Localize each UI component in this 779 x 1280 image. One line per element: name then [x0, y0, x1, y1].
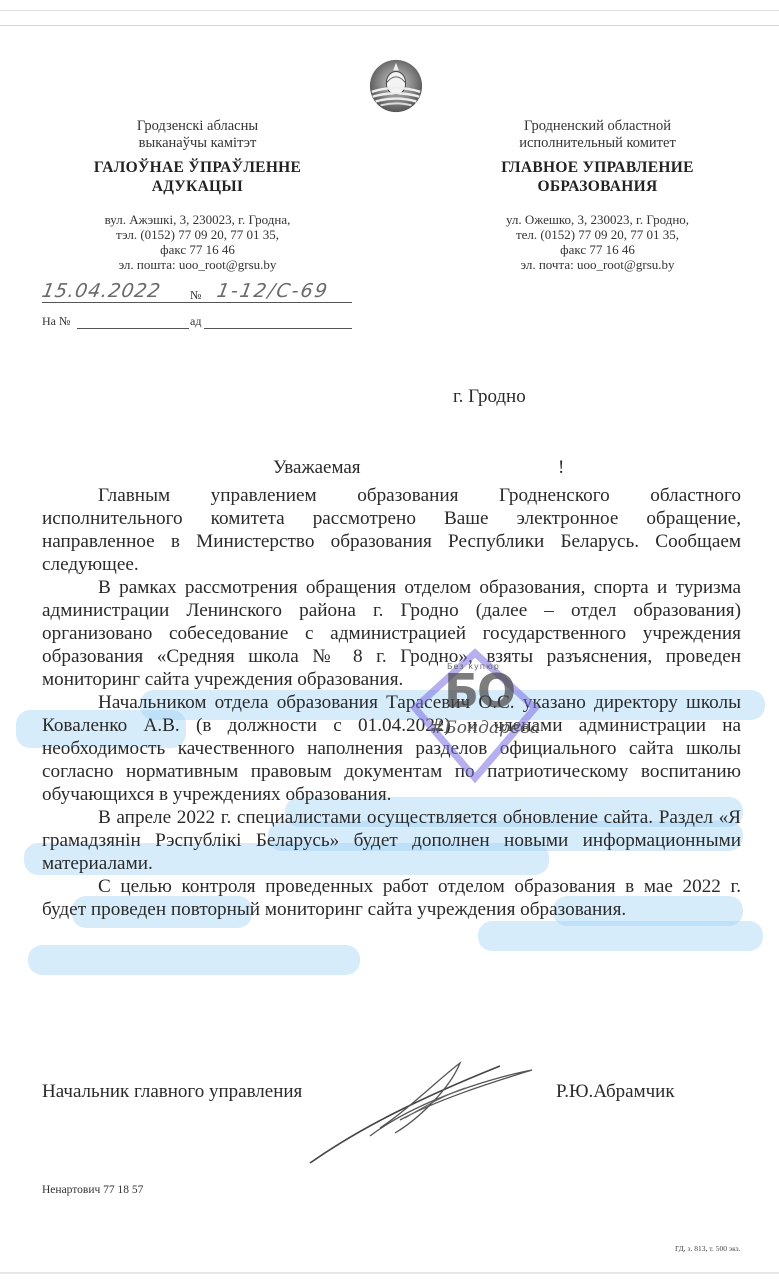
address-line: вул. Ажэшкі, 3, 230023, г. Гродна, [60, 212, 335, 227]
signatory-title: Начальник главного управления [42, 1081, 302, 1103]
fax-line: факс 77 16 46 [470, 242, 725, 257]
org-name-line2: исполнительный комитет [470, 135, 725, 152]
phone-line: тэл. (0152) 77 09 20, 77 01 35, [60, 227, 335, 242]
department-line2: ОБРАЗОВАНИЯ [470, 177, 725, 196]
phone-line: тел. (0152) 77 09 20, 77 01 35, [470, 227, 725, 242]
greeting: Уважаемая [273, 457, 361, 479]
greeting-exclamation: ! [558, 457, 564, 479]
number-label: № [190, 288, 201, 303]
print-info: ГД, з. 813, т. 500 экз. [675, 1244, 740, 1253]
highlight-mark [28, 945, 360, 975]
department-line1: ГЛАВНОЕ УПРАВЛЕНИЕ [470, 158, 725, 177]
top-divider-secondary [0, 25, 779, 26]
fax-line: факс 77 16 46 [60, 242, 335, 257]
top-divider [0, 10, 779, 11]
paragraph: Начальником отдела образования Тарасевич… [42, 691, 741, 806]
department-name: ГЛАВНОЕ УПРАВЛЕНИЕ ОБРАЗОВАНИЯ [470, 158, 725, 196]
reference-date-blank [204, 328, 352, 329]
department-line1: ГАЛОЎНАЕ ЎПРАЎЛЕННЕ [60, 158, 335, 177]
contact-address: вул. Ажэшкі, 3, 230023, г. Гродна, тэл. … [60, 212, 335, 272]
reference-number-blank [77, 328, 189, 329]
contact-address: ул. Ожешко, 3, 230023, г. Гродно, тел. (… [470, 212, 725, 272]
org-name-line1: Гродзенскі абласны [60, 118, 335, 135]
reference-number-label: На № [42, 314, 70, 329]
paragraph: Главным управлением образования Гродненс… [42, 484, 741, 576]
registration-number: 1-12/С-69 [215, 280, 331, 302]
city: г. Гродно [453, 386, 526, 408]
highlight-mark [478, 921, 763, 951]
address-line: ул. Ожешко, 3, 230023, г. Гродно, [470, 212, 725, 227]
signatory-name: Р.Ю.Абрамчик [556, 1081, 675, 1103]
department-line2: АДУКАЦЫІ [60, 177, 335, 196]
registration-underline [42, 302, 352, 303]
handwritten-signature-icon [300, 1058, 560, 1168]
executor-contact: Ненартович 77 18 57 [42, 1184, 143, 1196]
paragraph: С целью контроля проведенных работ отдел… [42, 875, 741, 921]
paragraph: В апреле 2022 г. специалистами осуществл… [42, 806, 741, 875]
bottom-divider [0, 1272, 779, 1274]
email-line: эл. пошта: uoo_root@grsu.by [60, 257, 335, 272]
reference-from-label: ад [190, 314, 201, 329]
paragraph: В рамках рассмотрения обращения отделом … [42, 576, 741, 691]
letter-body: Главным управлением образования Гродненс… [42, 484, 741, 921]
letterhead-belarusian: Гродзенскі абласны выканаўчы камітэт ГАЛ… [60, 118, 335, 272]
registration-date: 15.04.2022 [40, 280, 163, 302]
state-emblem-icon [367, 57, 425, 115]
org-name-line2: выканаўчы камітэт [60, 135, 335, 152]
email-line: эл. почта: uoo_root@grsu.by [470, 257, 725, 272]
department-name: ГАЛОЎНАЕ ЎПРАЎЛЕННЕ АДУКАЦЫІ [60, 158, 335, 196]
org-name-line1: Гродненский областной [470, 118, 725, 135]
reference-line: На № ад [42, 314, 352, 330]
letterhead-russian: Гродненский областной исполнительный ком… [470, 118, 725, 272]
registration-line: 15.04.2022 № 1-12/С-69 [42, 280, 352, 304]
